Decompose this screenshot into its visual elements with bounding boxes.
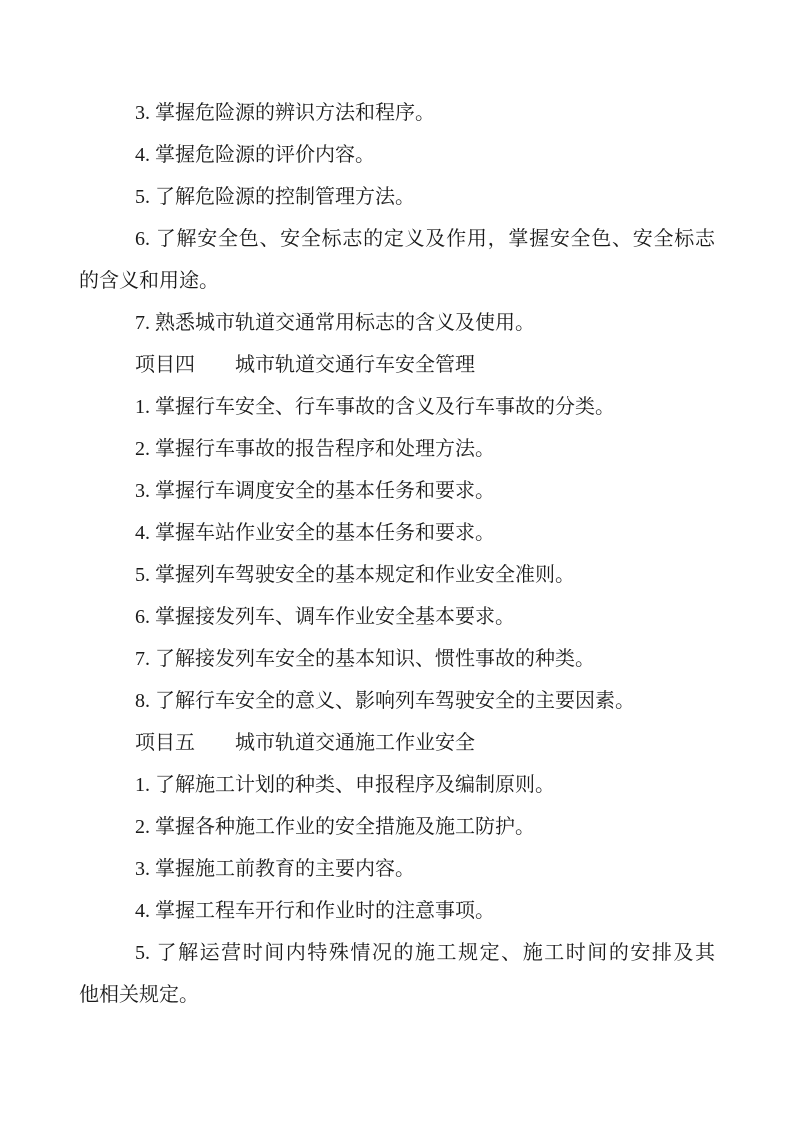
paragraph-line: 3. 掌握施工前教育的主要内容。	[79, 848, 715, 890]
paragraph-line: 8. 了解行车安全的意义、影响列车驾驶安全的主要因素。	[79, 680, 715, 722]
paragraph-line: 2. 掌握各种施工作业的安全措施及施工防护。	[79, 806, 715, 848]
paragraph-line: 6. 掌握接发列车、调车作业安全基本要求。	[79, 596, 715, 638]
paragraph-line: 3. 掌握行车调度安全的基本任务和要求。	[79, 470, 715, 512]
paragraph-line: 7. 熟悉城市轨道交通常用标志的含义及使用。	[79, 302, 715, 344]
paragraph-line: 他相关规定。	[79, 974, 715, 1016]
paragraph-line: 4. 掌握工程车开行和作业时的注意事项。	[79, 890, 715, 932]
paragraph-line: 5. 掌握列车驾驶安全的基本规定和作业安全准则。	[79, 554, 715, 596]
paragraph-line: 1. 了解施工计划的种类、申报程序及编制原则。	[79, 764, 715, 806]
document-body: 3. 掌握危险源的辨识方法和程序。4. 掌握危险源的评价内容。5. 了解危险源的…	[79, 92, 715, 1016]
document-page: 3. 掌握危险源的辨识方法和程序。4. 掌握危险源的评价内容。5. 了解危险源的…	[0, 0, 794, 1122]
paragraph-line: 4. 掌握危险源的评价内容。	[79, 134, 715, 176]
paragraph-line: 的含义和用途。	[79, 260, 715, 302]
paragraph-line: 7. 了解接发列车安全的基本知识、惯性事故的种类。	[79, 638, 715, 680]
paragraph-line: 4. 掌握车站作业安全的基本任务和要求。	[79, 512, 715, 554]
paragraph-line: 6. 了解安全色、安全标志的定义及作用，掌握安全色、安全标志	[79, 218, 715, 260]
paragraph-line: 1. 掌握行车安全、行车事故的含义及行车事故的分类。	[79, 386, 715, 428]
paragraph-line: 5. 了解运营时间内特殊情况的施工规定、施工时间的安排及其	[79, 932, 715, 974]
paragraph-line: 5. 了解危险源的控制管理方法。	[79, 176, 715, 218]
section-heading-line: 项目四 城市轨道交通行车安全管理	[79, 344, 715, 386]
paragraph-line: 2. 掌握行车事故的报告程序和处理方法。	[79, 428, 715, 470]
paragraph-line: 3. 掌握危险源的辨识方法和程序。	[79, 92, 715, 134]
section-heading-line: 项目五 城市轨道交通施工作业安全	[79, 722, 715, 764]
